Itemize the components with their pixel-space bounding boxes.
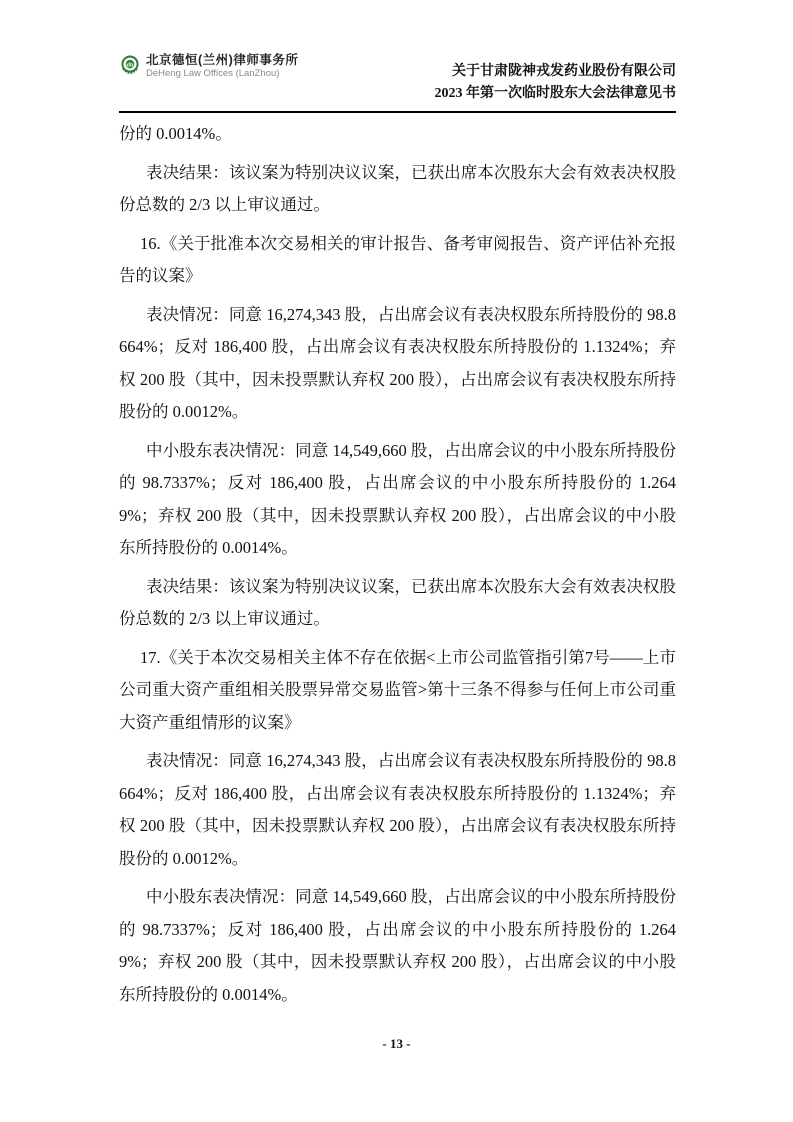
law-firm-brand: db 北京德恒(兰州)律师事务所 DeHeng Law Offices (Lan… [119, 53, 298, 80]
paragraph: 表决情况：同意 16,274,343 股，占出席会议有表决权股东所持股份的 98… [119, 299, 676, 429]
document-title-line2: 2023 年第一次临时股东大会法律意见书 [435, 83, 677, 105]
firm-name-zh: 北京德恒(兰州)律师事务所 [146, 53, 298, 68]
document-header: db 北京德恒(兰州)律师事务所 DeHeng Law Offices (Lan… [119, 53, 676, 105]
firm-name-en: DeHeng Law Offices (LanZhou) [146, 68, 298, 80]
header-divider [119, 111, 676, 113]
paragraph: 表决结果：该议案为特别决议议案，已获出席本次股东大会有效表决权股份总数的 2/3… [119, 157, 676, 222]
paragraph: 表决结果：该议案为特别决议议案，已获出席本次股东大会有效表决权股份总数的 2/3… [119, 571, 676, 636]
proposal-heading: 17.《关于本次交易相关主体不存在依据<上市公司监管指引第7号——上市公司重大资… [119, 642, 676, 740]
document-body: 份的 0.0014%。表决结果：该议案为特别决议议案，已获出席本次股东大会有效表… [119, 118, 676, 1017]
paragraph: 中小股东表决情况：同意 14,549,660 股，占出席会议的中小股东所持股份的… [119, 435, 676, 565]
proposal-heading: 16.《关于批准本次交易相关的审计报告、备考审阅报告、资产评估补充报告的议案》 [119, 228, 676, 293]
paragraph: 份的 0.0014%。 [119, 118, 676, 151]
svg-text:db: db [127, 62, 134, 68]
law-firm-name-block: 北京德恒(兰州)律师事务所 DeHeng Law Offices (LanZho… [146, 53, 298, 80]
page-number: - 13 - [382, 1036, 410, 1051]
document-title: 关于甘肃陇神戎发药业股份有限公司 2023 年第一次临时股东大会法律意见书 [435, 61, 677, 105]
deheng-logo-icon: db [119, 54, 141, 76]
document-title-line1: 关于甘肃陇神戎发药业股份有限公司 [435, 61, 677, 83]
paragraph: 中小股东表决情况：同意 14,549,660 股，占出席会议的中小股东所持股份的… [119, 881, 676, 1011]
paragraph: 表决情况：同意 16,274,343 股，占出席会议有表决权股东所持股份的 98… [119, 745, 676, 875]
document-page: db 北京德恒(兰州)律师事务所 DeHeng Law Offices (Lan… [0, 0, 793, 1122]
page-footer: - 13 - [0, 1036, 793, 1052]
